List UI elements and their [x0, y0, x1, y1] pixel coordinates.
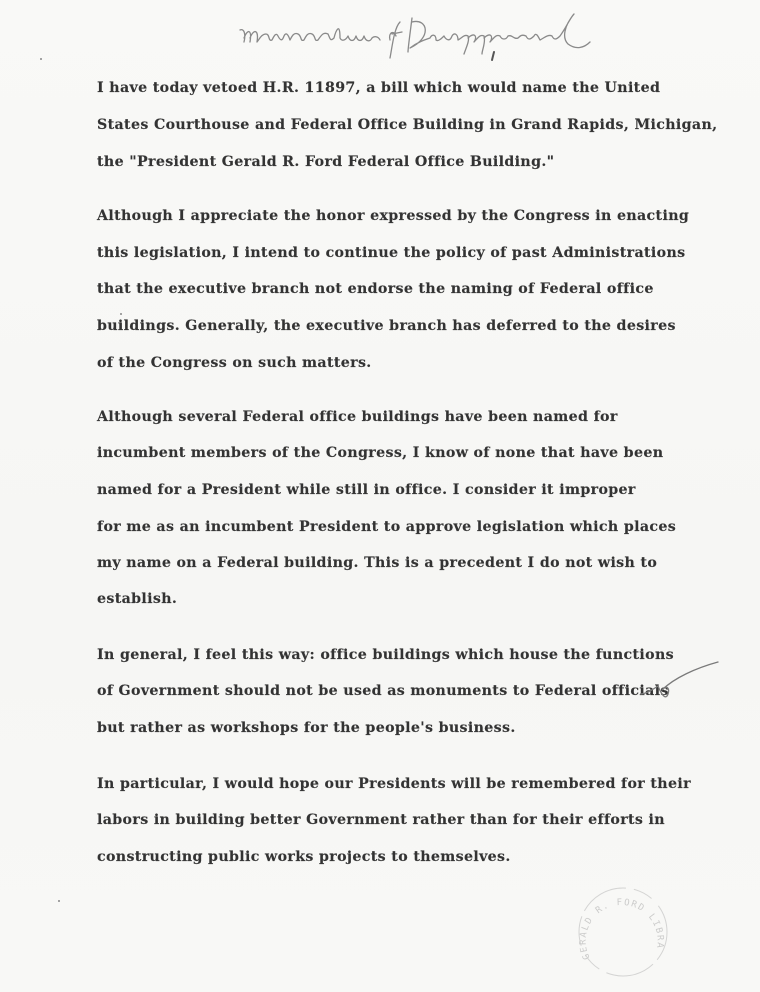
- text-line: establish.: [97, 591, 177, 607]
- text-line: In general, I feel this way: office buil…: [97, 647, 674, 663]
- text-line: incumbent members of the Congress, I kno…: [97, 445, 663, 461]
- text-line: of Government should not be used as monu…: [97, 683, 669, 699]
- handwritten-annotation: Memorandum of Disapproval: [232, 8, 612, 68]
- text-line: this legislation, I intend to continue t…: [97, 245, 685, 261]
- document-page: Memorandum of Disapproval I have today v…: [0, 0, 760, 992]
- scan-speck: [120, 313, 122, 315]
- text-line: I have today vetoed H.R. 11897, a bill w…: [97, 80, 660, 96]
- text-line: Although several Federal office building…: [97, 409, 618, 425]
- text-line: of the Congress on such matters.: [97, 355, 372, 371]
- text-line: buildings. Generally, the executive bran…: [97, 318, 676, 334]
- text-line: my name on a Federal building. This is a…: [97, 555, 657, 571]
- text-line: for me as an incumbent President to appr…: [97, 519, 676, 535]
- svg-text:GERALD R. FORD LIBRARY: GERALD R. FORD LIBRARY: [568, 880, 665, 961]
- handwritten-flourish-mark: [640, 660, 720, 710]
- text-line: Although I appreciate the honor expresse…: [97, 208, 689, 224]
- scan-speck: [40, 58, 42, 60]
- text-line: but rather as workshops for the people's…: [97, 720, 516, 736]
- text-line: named for a President while still in off…: [97, 482, 636, 498]
- library-stamp: GERALD R. FORD LIBRARY: [568, 880, 678, 980]
- text-line: that the executive branch not endorse th…: [97, 281, 654, 297]
- text-line: labors in building better Government rat…: [97, 812, 665, 828]
- text-line: In particular, I would hope our Presiden…: [97, 776, 691, 792]
- text-line: constructing public works projects to th…: [97, 849, 511, 865]
- text-line: States Courthouse and Federal Office Bui…: [97, 117, 717, 133]
- text-line: the "President Gerald R. Ford Federal Of…: [97, 154, 554, 170]
- scan-speck: [58, 900, 60, 902]
